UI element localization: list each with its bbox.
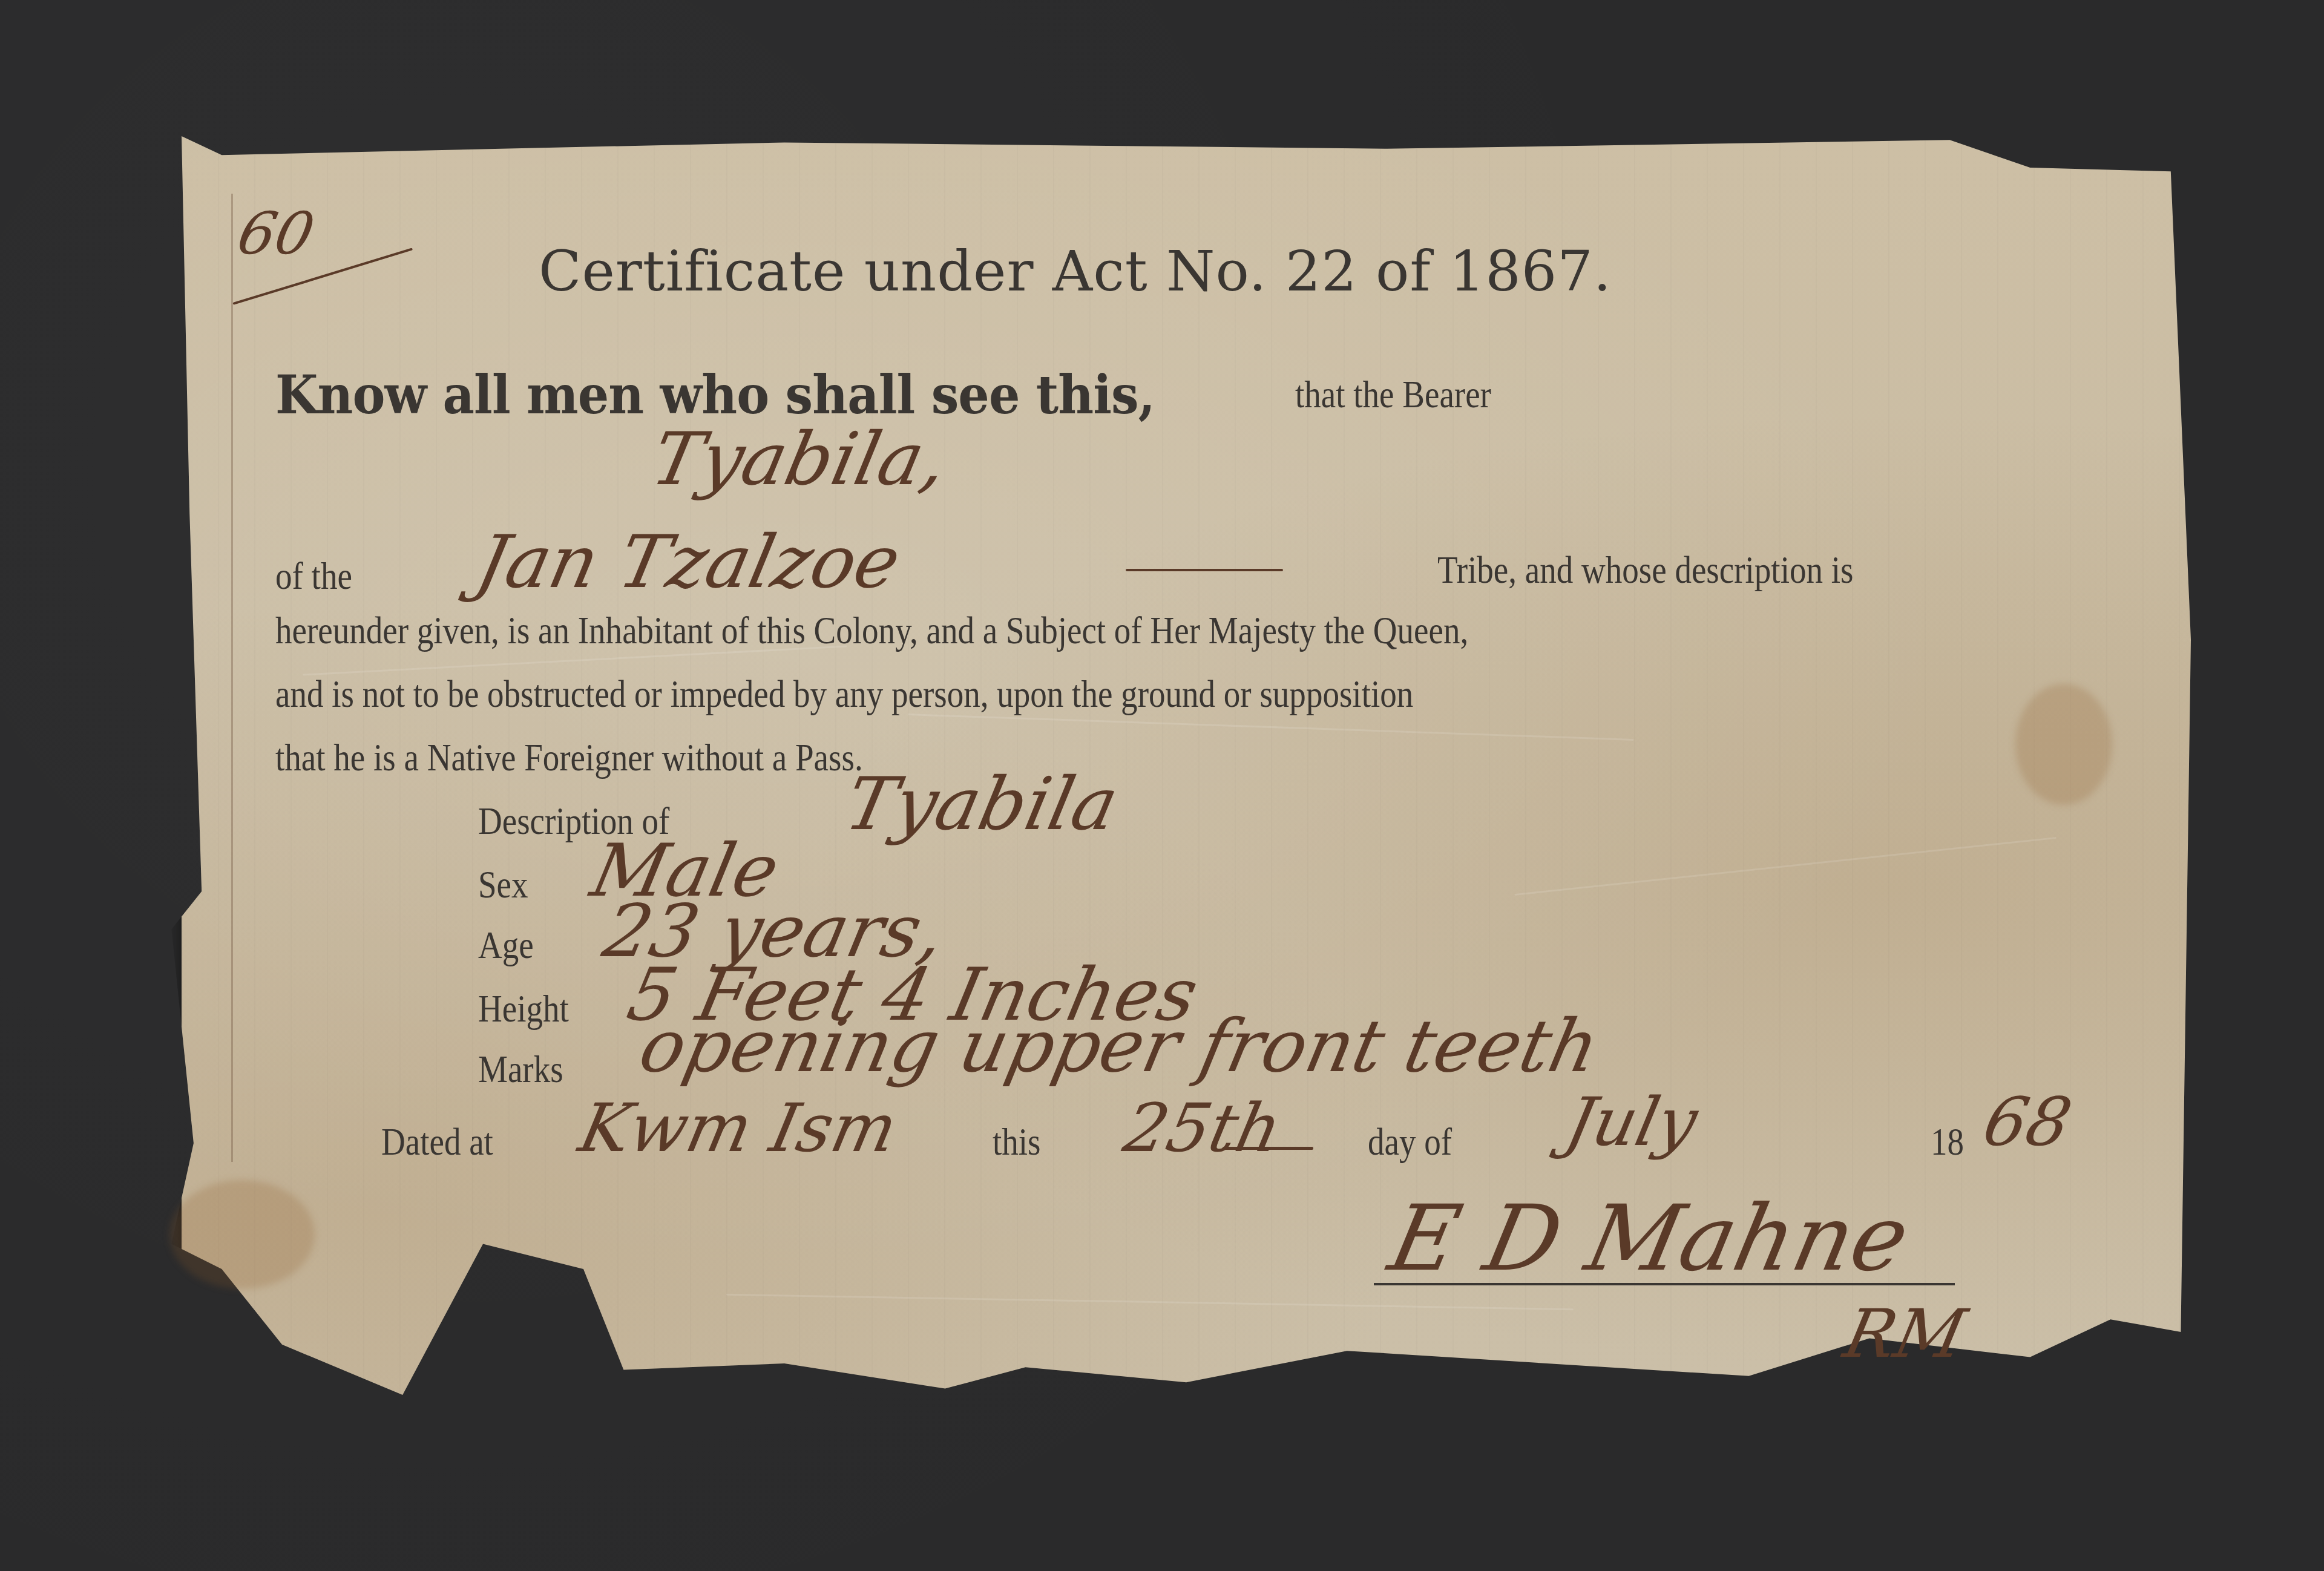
intro-gothic-text: Know all men who shall see this, (275, 363, 1155, 426)
intro-text: that the Bearer (1295, 372, 1491, 417)
paper-stain (2015, 684, 2112, 805)
tribe-name: Jan Tzalzoe (469, 520, 907, 605)
marks-value: opening upper front teeth (632, 1005, 1606, 1089)
bearer-name: Tyabila, (645, 418, 954, 502)
body-line-1: hereunder given, is an Inhabitant of thi… (275, 608, 1468, 653)
dated-place: Kwm Ism (573, 1089, 904, 1167)
body-line-2: and is not to be obstructed or impeded b… (275, 672, 1413, 717)
body-line-3: that he is a Native Foreigner without a … (275, 735, 863, 780)
margin-rule (231, 194, 233, 1162)
year-prefix: 18 (1931, 1120, 1964, 1164)
year-suffix: 68 (1977, 1083, 2078, 1161)
annotation-number: 60 (232, 200, 320, 267)
this-label: this (993, 1120, 1041, 1164)
day-underline (1223, 1147, 1313, 1150)
sex-label: Sex (478, 862, 528, 907)
dated-day: 25th (1117, 1089, 1288, 1167)
height-label: Height (478, 986, 569, 1031)
dated-month: July (1559, 1083, 1704, 1161)
of-the-label: of the (275, 554, 352, 599)
signature-line (1374, 1283, 1955, 1285)
signature-title: RM (1837, 1295, 1972, 1373)
tribe-dash (1126, 569, 1283, 571)
day-of-label: day of (1368, 1120, 1452, 1164)
tribe-text: Tribe, and whose description is (1437, 548, 1853, 592)
age-label: Age (478, 923, 534, 968)
dated-at-label: Dated at (381, 1120, 493, 1164)
description-of-value: Tyabila (838, 763, 1125, 847)
marks-label: Marks (478, 1047, 563, 1092)
certificate-title: Certificate under Act No. 22 of 1867. (539, 239, 1612, 304)
signature-name: E D Mahne (1381, 1186, 1918, 1291)
paper-stain (169, 1180, 315, 1289)
